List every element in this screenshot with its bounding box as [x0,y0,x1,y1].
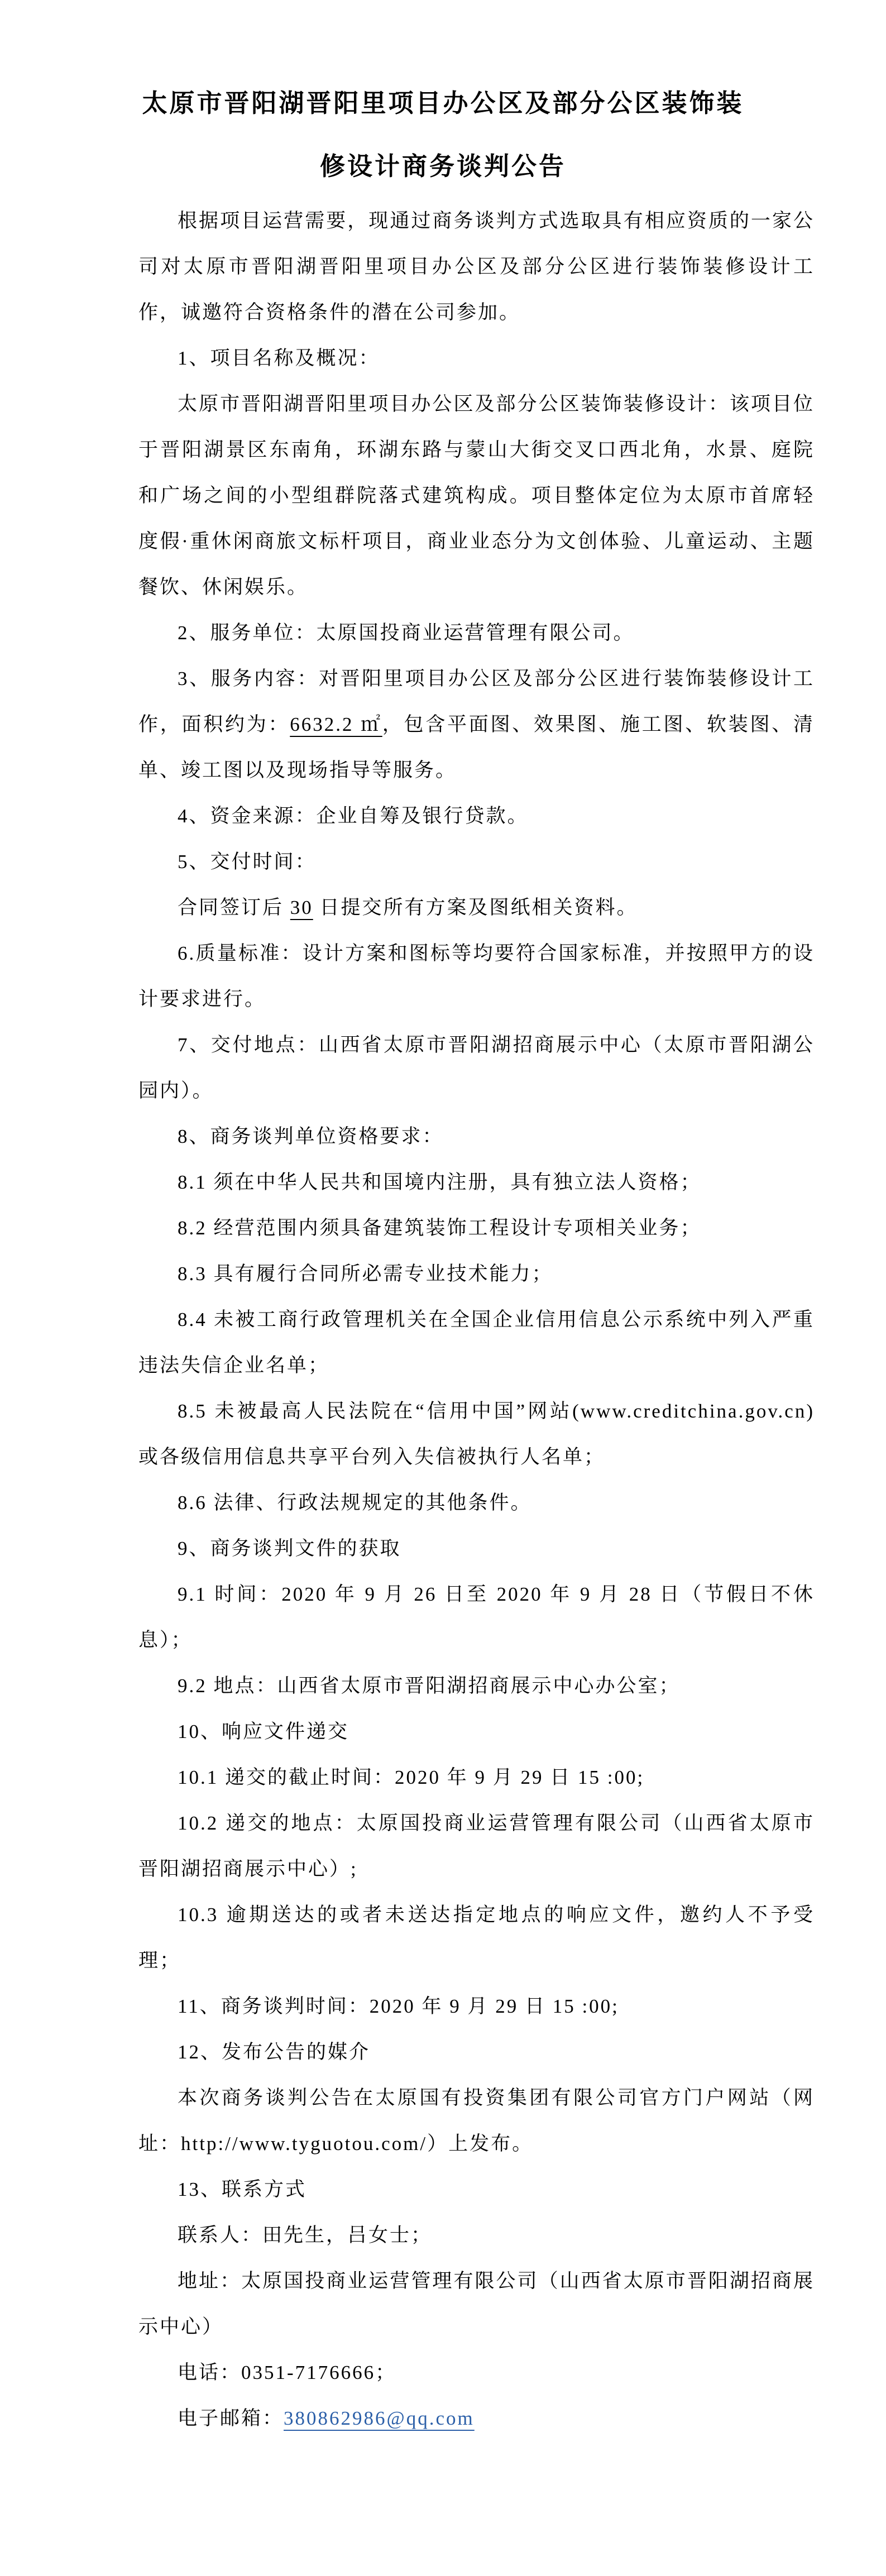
document-body: 根据项目运营需要，现通过商务谈判方式选取具有相应资质的一家公司对太原市晋阳湖晋阳… [0,198,886,2441]
paragraph: 10.2 递交的地点：太原国投商业运营管理有限公司（山西省太原市晋阳湖招商展示中… [138,1801,815,1892]
text-segment: 日提交所有方案及图纸相关资料。 [313,897,638,918]
paragraph: 地址：太原国投商业运营管理有限公司（山西省太原市晋阳湖招商展示中心） [138,2258,815,2350]
paragraph: 根据项目运营需要，现通过商务谈判方式选取具有相应资质的一家公司对太原市晋阳湖晋阳… [138,198,815,336]
text-segment: 6.质量标准：设计方案和图标等均要符合国家标准，并按照甲方的设计要求进行。 [138,942,815,1010]
document-title: 太原市晋阳湖晋阳里项目办公区及部分公区装饰装 修设计商务谈判公告 [0,0,886,198]
paragraph: 5、交付时间： [138,839,815,885]
text-segment: 10、响应文件递交 [178,1721,349,1742]
paragraph: 8.6 法律、行政法规规定的其他条件。 [138,1480,815,1526]
paragraph: 9.2 地点：山西省太原市晋阳湖招商展示中心办公室； [138,1663,815,1709]
paragraph: 2、服务单位：太原国投商业运营管理有限公司。 [138,610,815,656]
paragraph: 联系人：田先生，吕女士； [138,2213,815,2258]
document-page: 太原市晋阳湖晋阳里项目办公区及部分公区装饰装 修设计商务谈判公告 根据项目运营需… [0,0,886,2576]
paragraph: 1、项目名称及概况： [138,336,815,381]
text-segment: 9.1 时间：2020 年 9 月 26 日至 2020 年 9 月 28 日（… [138,1583,815,1651]
text-segment: 4、资金来源：企业自筹及银行贷款。 [178,805,529,827]
paragraph: 8.2 经营范围内须具备建筑装饰工程设计专项相关业务； [138,1205,815,1251]
email-link[interactable]: 380862986@qq.com [284,2407,475,2429]
text-segment: 10.1 递交的截止时间：2020 年 9 月 29 日 15 :00; [178,1766,644,1788]
paragraph: 电子邮箱：380862986@qq.com [138,2396,815,2441]
document-title-line1: 太原市晋阳湖晋阳里项目办公区及部分公区装饰装 [0,72,886,135]
paragraph: 12、发布公告的媒介 [138,2029,815,2075]
paragraph: 电话：0351-7176666； [138,2350,815,2396]
paragraph: 3、服务内容：对晋阳里项目办公区及部分公区进行装饰装修设计工作，面积约为：663… [138,656,815,793]
paragraph: 7、交付地点：山西省太原市晋阳湖招商展示中心（太原市晋阳湖公园内）。 [138,1022,815,1114]
text-segment: 8、商务谈判单位资格要求： [178,1126,444,1147]
text-segment: 10.3 逾期送达的或者未送达指定地点的响应文件，邀约人不予受理； [138,1904,815,1971]
paragraph: 9.1 时间：2020 年 9 月 26 日至 2020 年 9 月 28 日（… [138,1572,815,1663]
paragraph: 8.3 具有履行合同所必需专业技术能力； [138,1251,815,1297]
paragraph: 6.质量标准：设计方案和图标等均要符合国家标准，并按照甲方的设计要求进行。 [138,931,815,1022]
paragraph: 13、联系方式 [138,2167,815,2213]
text-segment: 2、服务单位：太原国投商业运营管理有限公司。 [178,622,635,644]
paragraph: 9、商务谈判文件的获取 [138,1526,815,1572]
text-segment: 8.6 法律、行政法规规定的其他条件。 [178,1492,532,1514]
text-segment: 11、商务谈判时间：2020 年 9 月 29 日 15 :00; [178,1995,619,2017]
text-segment: 7、交付地点：山西省太原市晋阳湖招商展示中心（太原市晋阳湖公园内）。 [138,1034,815,1102]
paragraph: 8、商务谈判单位资格要求： [138,1114,815,1160]
paragraph: 8.4 未被工商行政管理机关在全国企业信用信息公示系统中列入严重违法失信企业名单… [138,1297,815,1388]
paragraph: 10.3 逾期送达的或者未送达指定地点的响应文件，邀约人不予受理； [138,1892,815,1984]
text-segment: 合同签订后 [178,897,290,918]
paragraph: 本次商务谈判公告在太原国有投资集团有限公司官方门户网站（网址：http://ww… [138,2075,815,2167]
text-segment: 12、发布公告的媒介 [178,2041,370,2063]
text-segment: 8.1 须在中华人民共和国境内注册，具有独立法人资格； [178,1171,702,1193]
text-segment: 本次商务谈判公告在太原国有投资集团有限公司官方门户网站（网址：http://ww… [138,2087,815,2154]
text-segment: 5、交付时间： [178,851,317,873]
text-segment: 9.2 地点：山西省太原市晋阳湖招商展示中心办公室； [178,1675,681,1697]
text-segment: 8.3 具有履行合同所必需专业技术能力； [178,1263,553,1285]
text-segment: 联系人：田先生，吕女士； [178,2224,432,2246]
text-segment: 13、联系方式 [178,2178,306,2200]
text-segment: 太原市晋阳湖晋阳里项目办公区及部分公区装饰装修设计：该项目位于晋阳湖景区东南角，… [138,393,815,598]
text-segment: 9、商务谈判文件的获取 [178,1538,401,1559]
deadline-days-value: 30 [290,897,313,918]
text-segment: 地址：太原国投商业运营管理有限公司（山西省太原市晋阳湖招商展示中心） [138,2270,815,2338]
text-segment: 8.2 经营范围内须具备建筑装饰工程设计专项相关业务； [178,1217,702,1239]
text-segment: 电话：0351-7176666； [178,2362,396,2383]
text-segment: 根据项目运营需要，现通过商务谈判方式选取具有相应资质的一家公司对太原市晋阳湖晋阳… [138,210,815,323]
text-segment: 10.2 递交的地点：太原国投商业运营管理有限公司（山西省太原市晋阳湖招商展示中… [138,1812,815,1880]
text-segment: 8.4 未被工商行政管理机关在全国企业信用信息公示系统中列入严重违法失信企业名单… [138,1309,815,1376]
paragraph: 8.5 未被最高人民法院在“信用中国”网站(www.creditchina.go… [138,1388,815,1480]
paragraph: 11、商务谈判时间：2020 年 9 月 29 日 15 :00; [138,1984,815,2029]
paragraph: 10.1 递交的截止时间：2020 年 9 月 29 日 15 :00; [138,1755,815,1801]
document-title-line2: 修设计商务谈判公告 [0,135,886,198]
text-segment: 8.5 未被最高人民法院在“信用中国”网站(www.creditchina.go… [138,1400,815,1468]
paragraph: 太原市晋阳湖晋阳里项目办公区及部分公区装饰装修设计：该项目位于晋阳湖景区东南角，… [138,381,815,610]
paragraph: 4、资金来源：企业自筹及银行贷款。 [138,793,815,839]
area-value: 6632.2 ㎡ [290,714,382,735]
text-segment: 1、项目名称及概况： [178,347,380,369]
text-segment: 电子邮箱： [178,2407,284,2429]
paragraph: 10、响应文件递交 [138,1709,815,1755]
paragraph: 合同签订后 30 日提交所有方案及图纸相关资料。 [138,885,815,931]
paragraph: 8.1 须在中华人民共和国境内注册，具有独立法人资格； [138,1160,815,1205]
